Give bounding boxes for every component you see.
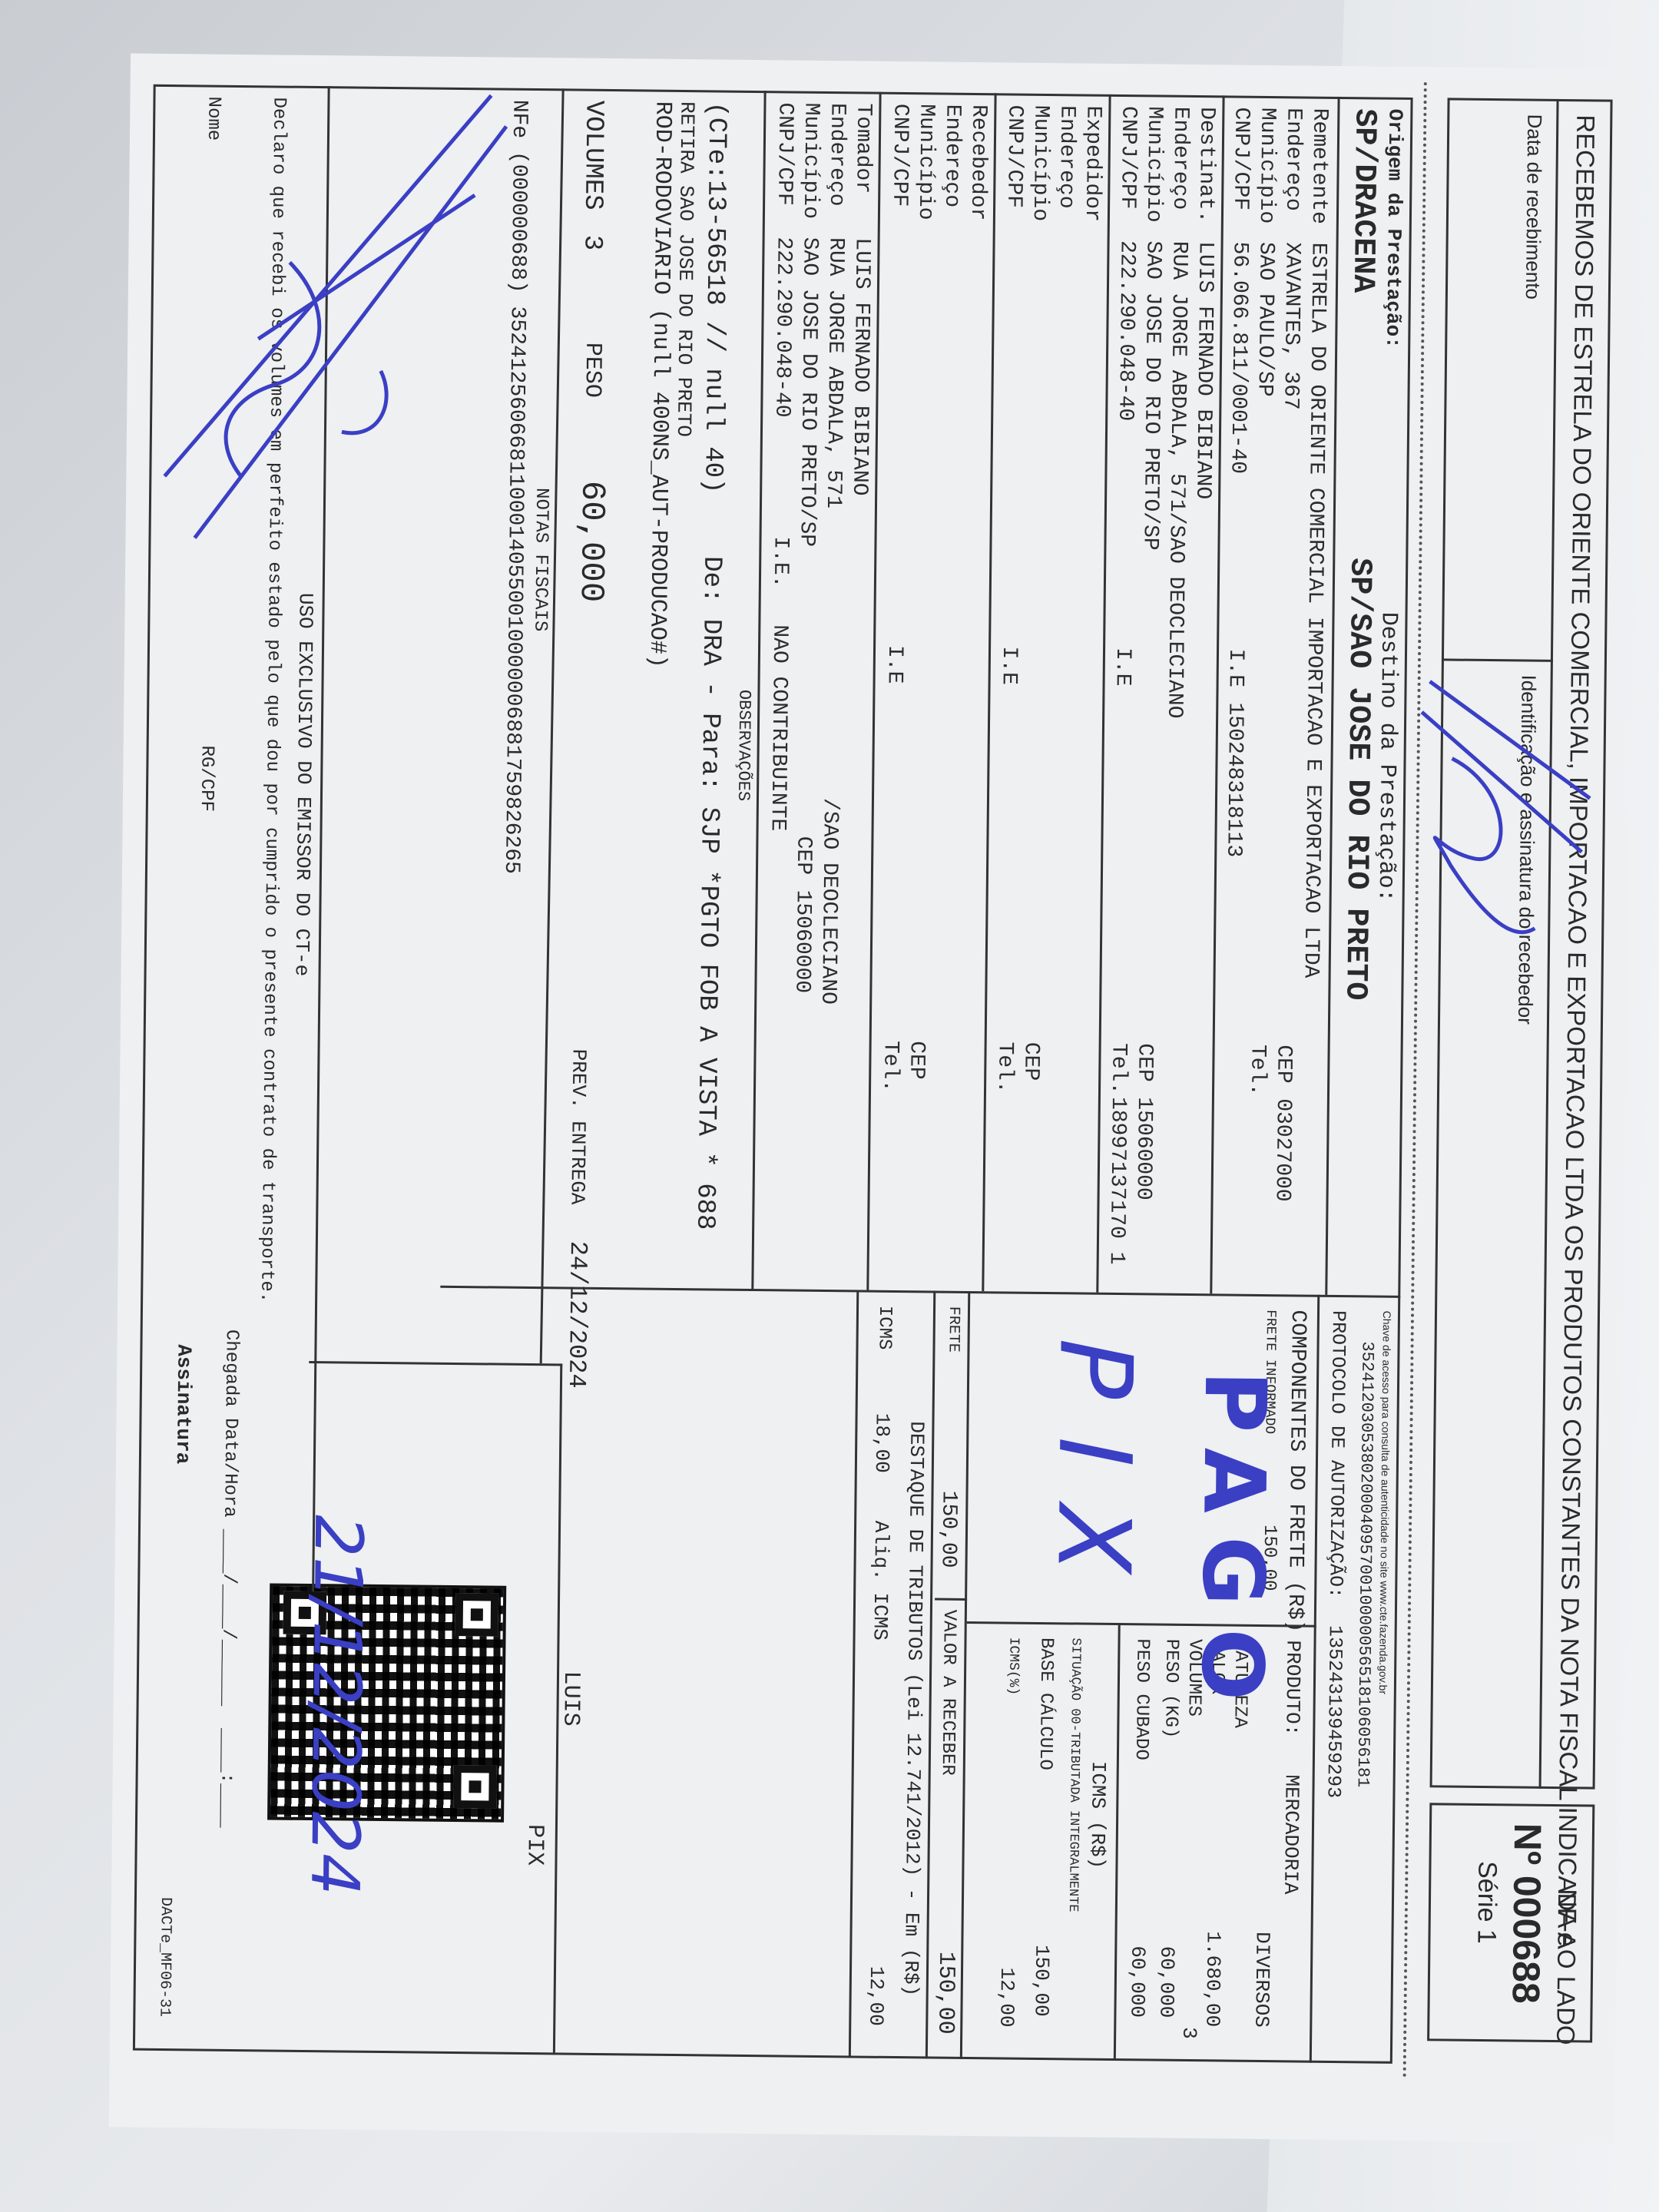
icms-aliquota-label: ICMS(%) xyxy=(1006,1637,1021,1696)
icms-situacao: SITUAÇÃO 00-TRIBUTADA INTEGRALMENTE xyxy=(1066,1637,1082,1912)
tomador-ie-label: I.E. xyxy=(769,536,791,588)
base-calculo-label: BASE CÁLCULO xyxy=(1035,1637,1055,1770)
recebedor-cnpj-label: CNPJ/CPF xyxy=(888,104,910,207)
expedidor-endereco-label: Endereço xyxy=(1055,105,1077,209)
recebedor-cep-label: CEP xyxy=(905,1041,927,1080)
destinatario-endereco: RUA JORGE ABDALA, 571/SAO DEOCLECIANO xyxy=(1163,241,1190,719)
tomador-endereco: RUA JORGE ABDALA, 571 xyxy=(822,237,846,508)
remetente-tel-label: Tel. xyxy=(1246,1045,1268,1097)
destinatario-cnpj-label: CNPJ/CPF xyxy=(1116,106,1138,210)
expedidor-cnpj-label: CNPJ/CPF xyxy=(1002,104,1025,208)
tomador-bairro: /SAO DEOCLECIANO xyxy=(816,798,840,1005)
remetente-ie: 150248318113 xyxy=(1222,702,1245,857)
tributos-aliq-value: 12,00 xyxy=(866,1966,886,2026)
observacoes-line-2: RETIRA SAO JOSE DO RIO PRETO xyxy=(674,101,697,437)
tomador-cnpj: 222.290.048-40 xyxy=(770,237,793,418)
handwritten-pago-stamp: PAGO xyxy=(1182,1370,1284,1724)
tomador-municipio: SAO JOSE DO RIO PRETO/SP xyxy=(795,237,820,548)
rgcpf-label: RG/CPF xyxy=(197,745,216,812)
recebedor-tel-label: Tel. xyxy=(879,1041,901,1093)
destinatario-cep: 15060000 xyxy=(1132,1097,1154,1200)
chegada-field[interactable]: ____/____/______ ____:____ xyxy=(217,1529,238,1828)
destinatario-tel: 18997137170 1 xyxy=(1105,1097,1128,1265)
tomador-municipio-label: Município xyxy=(799,103,822,220)
peso-row-value: 60,000 xyxy=(574,481,609,603)
tributos-icms-label: ICMS xyxy=(874,1306,893,1350)
volumes-row-value: 3 xyxy=(578,235,604,251)
origem-label: Origem da Prestação: xyxy=(1382,109,1405,349)
prev-entrega-value: 24/12/2024 xyxy=(564,1240,590,1388)
frete-label: FRETE xyxy=(945,1306,961,1353)
uso-exclusivo-label: USO EXCLUSIVO DO EMISSOR DO CT-e xyxy=(292,593,316,977)
remetente-label: Remetente xyxy=(1307,108,1330,225)
expedidor-municipio-label: Município xyxy=(1028,105,1051,222)
form-code: DACTe_MF06-31 xyxy=(156,1897,173,2017)
footer-signature xyxy=(147,77,522,618)
recipient-signature xyxy=(1404,666,1607,975)
origem-value: SP/DRACENA xyxy=(1346,108,1379,293)
volumes-value: 3 xyxy=(1179,2027,1199,2039)
tributos-aliq-label: Aliq. ICMS xyxy=(870,1521,892,1641)
tomador-ie: NAO CONTRIBUINTE xyxy=(767,624,790,831)
produto-label: PRODUTO: xyxy=(1282,1640,1303,1736)
tomador-endereco-label: Endereço xyxy=(825,103,847,207)
expedidor-ie-label: I.E xyxy=(998,646,1020,685)
expedidor-tel-label: Tel. xyxy=(993,1041,1015,1094)
remetente-endereco: XAVANTES, 367 xyxy=(1279,242,1302,410)
recebedor-ie-label: I.E xyxy=(883,645,906,684)
valor-receber-value: 150,00 xyxy=(933,1952,957,2035)
assinatura-label: Assinatura xyxy=(173,1344,194,1464)
produto-value: DIVERSOS xyxy=(1251,1932,1272,2028)
destino-label: Destino da Prestação: xyxy=(1374,612,1400,902)
volumes-row-label: VOLUMES xyxy=(579,101,606,210)
destinatario-tel-label: Tel. xyxy=(1107,1043,1129,1095)
pix-label: PIX xyxy=(522,1824,546,1866)
remetente-cnpj: 56.066.811/0001-40 xyxy=(1226,241,1250,474)
componentes-title: COMPONENTES DO FRETE (R$) xyxy=(1283,1310,1308,1632)
destinatario-ie-label: I.E xyxy=(1111,647,1134,687)
peso-label: PESO (KG) xyxy=(1161,1639,1180,1739)
observacoes-title: OBSERVAÇÕES xyxy=(734,690,753,801)
destinatario-municipio-label: Município xyxy=(1142,106,1165,223)
destinatario-cnpj: 222.290.048-40 xyxy=(1114,240,1137,422)
remetente-cnpj-label: CNPJ/CPF xyxy=(1229,107,1251,210)
peso-cubado-label: PESO CUBADO xyxy=(1131,1638,1151,1760)
protocol-label: PROTOCOLO DE AUTORIZAÇÃO: xyxy=(1326,1310,1348,1598)
mercadoria-title: MERCADORIA xyxy=(1280,1774,1302,1894)
chegada-label: Chegada Data/Hora xyxy=(220,1330,240,1518)
recebedor-municipio-label: Município xyxy=(914,104,937,220)
tomador-cep-label: CEP xyxy=(792,836,814,876)
nfe-label: NF-e xyxy=(1553,1889,1580,1947)
frete-value: 150,00 xyxy=(937,1491,959,1568)
notas-fiscais-title: NOTAS FISCAIS xyxy=(530,488,550,631)
base-calculo-value: 150,00 xyxy=(1031,1945,1051,2017)
nfe-number: Nº 000688 xyxy=(1507,1823,1547,2004)
access-key-value: 3524120305380200040957001000005651810605… xyxy=(1354,1341,1376,1787)
recebedor-endereco-label: Endereço xyxy=(940,104,962,208)
dacte-document: RECEBEMOS DE ESTRELA DO ORIENTE COMERCIA… xyxy=(109,53,1636,2142)
remetente-municipio: SAO PAULO/SP xyxy=(1253,242,1277,397)
peso-row-label: PESO xyxy=(580,343,604,398)
remetente-cep-label: CEP xyxy=(1272,1045,1294,1084)
tomador-cep: 15060000 xyxy=(790,890,813,994)
handwritten-date: 21/12/2024 xyxy=(296,1515,376,1896)
icms-title: ICMS (R$) xyxy=(1087,1761,1108,1869)
destinatario-cep-label: CEP xyxy=(1133,1043,1155,1082)
expedidor-label: Expedidor xyxy=(1081,105,1104,222)
prev-entrega-label: PREV. ENTREGA xyxy=(567,1049,588,1205)
handwritten-pix: PIX xyxy=(1035,1338,1154,1612)
tomador-name: LUIS FERNADO BIBIANO xyxy=(848,237,873,495)
valor-receber-label: VALOR A RECEBER xyxy=(938,1610,958,1776)
expedidor-cep-label: CEP xyxy=(1019,1042,1041,1081)
remetente-cep: 03027000 xyxy=(1271,1098,1293,1202)
destino-value: SP/SAO JOSE DO RIO PRETO xyxy=(1339,558,1374,1000)
tomador-label: Tomador xyxy=(851,103,873,194)
remetente-endereco-label: Endereço xyxy=(1281,108,1303,211)
icms-aliquota-value: 12,00 xyxy=(996,1967,1017,2027)
observacoes-line-3: ROD-RODOVIARIO (null 400NS_AUT-PRODUCAO#… xyxy=(645,101,674,668)
protocol-value: 135243139459293 xyxy=(1323,1625,1344,1798)
tributos-icms-value: 18,00 xyxy=(872,1413,892,1473)
peso-value: 60,000 xyxy=(1156,1946,1177,2018)
destinatario-endereco-label: Endereço xyxy=(1168,107,1190,210)
destinatario-label: Destinat. xyxy=(1194,107,1217,224)
valor-value: 1.680,00 xyxy=(1202,1931,1223,2027)
remetente-municipio-label: Município xyxy=(1255,108,1278,224)
vendedor-name: LUIS xyxy=(558,1671,582,1726)
remetente-ie-label: I.E xyxy=(1224,648,1247,687)
nfe-serie: Série 1 xyxy=(1473,1861,1500,1944)
receipt-date-label: Data de recebimento xyxy=(1523,114,1545,300)
destinatario-municipio: SAO JOSE DO RIO PRETO/SP xyxy=(1138,240,1163,551)
peso-cubado-value: 60,000 xyxy=(1127,1945,1147,2018)
destinatario-name: LUIS FERNADO BIBIANO xyxy=(1191,241,1216,499)
tributos-title: DESTAQUE DE TRIBUTOS (Lei 12.741/2012) -… xyxy=(901,1421,927,1996)
tomador-cnpj-label: CNPJ/CPF xyxy=(773,102,795,206)
recebedor-label: Recebedor xyxy=(966,104,989,221)
